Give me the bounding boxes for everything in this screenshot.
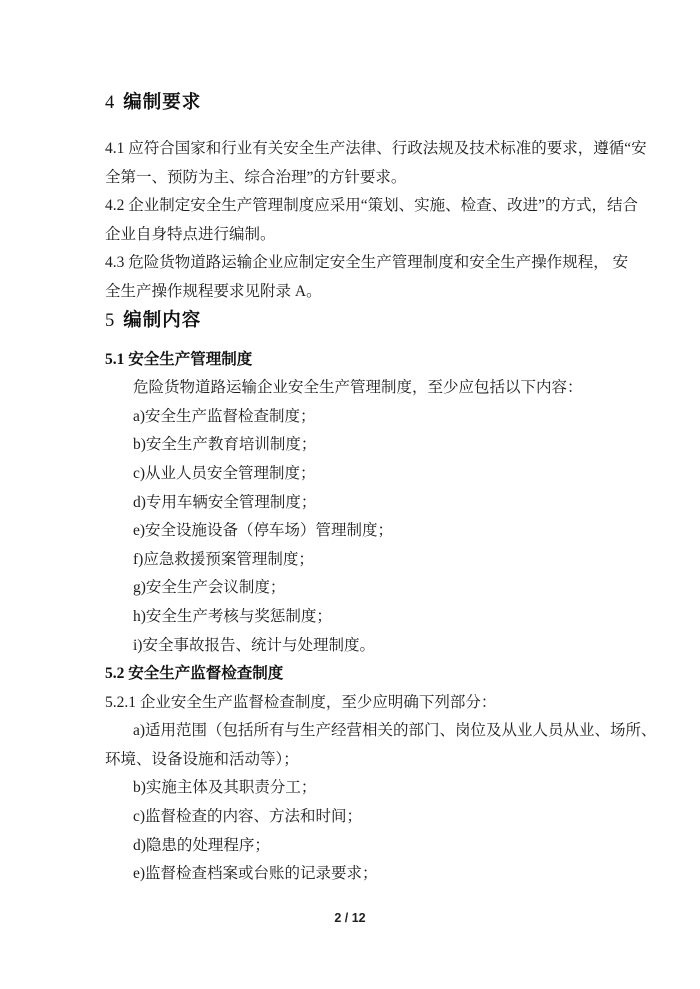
- section-5-number: 5: [105, 310, 114, 332]
- clause-4-2-line-2: 企业自身特点进行编制。: [105, 221, 600, 250]
- list-item-5-1-b: b)安全生产教育培训制度；: [105, 431, 600, 460]
- subsection-5-1-heading: 5.1 安全生产管理制度: [105, 346, 600, 375]
- clause-5-2-1: 5.2.1 企业安全生产监督检查制度，至少应明确下列部分：: [105, 689, 600, 718]
- list-item-5-2-e: e)监督检查档案或台账的记录要求；: [105, 860, 600, 889]
- list-item-5-2-d: d)隐患的处理程序；: [105, 832, 600, 861]
- list-item-5-1-d: d)专用车辆安全管理制度；: [105, 489, 600, 518]
- list-item-5-2-c: c)监督检查的内容、方法和时间；: [105, 803, 600, 832]
- list-item-5-2-a-line-2: 环境、设备设施和活动等）；: [105, 746, 600, 775]
- subsection-5-1-intro: 危险货物道路运输企业安全生产管理制度，至少应包括以下内容：: [105, 374, 600, 403]
- clause-4-1-line-2: 全第一、预防为主、综合治理”的方针要求。: [105, 164, 600, 193]
- list-item-5-1-e: e)安全设施设备（停车场）管理制度；: [105, 517, 600, 546]
- page-number: 2 / 12: [0, 911, 700, 925]
- section-5-title: 编制内容: [123, 309, 201, 331]
- list-item-5-1-f: f)应急救援预案管理制度；: [105, 546, 600, 575]
- clause-4-1-line-1: 4.1 应符合国家和行业有关安全生产法律、行政法规及技术标准的要求，遵循“安: [105, 135, 600, 164]
- clause-4-2-line-1: 4.2 企业制定安全生产管理制度应采用“策划、实施、检查、改进”的方式，结合: [105, 192, 600, 221]
- subsection-5-2-heading: 5.2 安全生产监督检查制度: [105, 660, 600, 689]
- list-item-5-2-b: b)实施主体及其职责分工；: [105, 774, 600, 803]
- section-5-heading: 5 编制内容: [105, 309, 600, 332]
- clause-4-3-line-2: 全生产操作规程要求见附录 A。: [105, 278, 600, 307]
- list-item-5-1-c: c)从业人员安全管理制度；: [105, 460, 600, 489]
- document-content: 4 编制要求 4.1 应符合国家和行业有关安全生产法律、行政法规及技术标准的要求…: [0, 0, 700, 889]
- section-4-heading: 4 编制要求: [105, 91, 600, 114]
- list-item-5-2-a-line-1: a)适用范围（包括所有与生产经营相关的部门、岗位及从业人员从业、场所、: [105, 717, 600, 746]
- section-4-number: 4: [105, 92, 114, 114]
- section-4-title: 编制要求: [123, 91, 201, 113]
- clause-4-3-line-1: 4.3 危险货物道路运输企业应制定安全生产管理制度和安全生产操作规程， 安: [105, 249, 600, 278]
- list-item-5-1-h: h)安全生产考核与奖惩制度；: [105, 603, 600, 632]
- list-item-5-1-g: g)安全生产会议制度；: [105, 574, 600, 603]
- list-item-5-1-i: i)安全事故报告、统计与处理制度。: [105, 632, 600, 661]
- list-item-5-1-a: a)安全生产监督检查制度；: [105, 403, 600, 432]
- document-page: 4 编制要求 4.1 应符合国家和行业有关安全生产法律、行政法规及技术标准的要求…: [0, 0, 700, 989]
